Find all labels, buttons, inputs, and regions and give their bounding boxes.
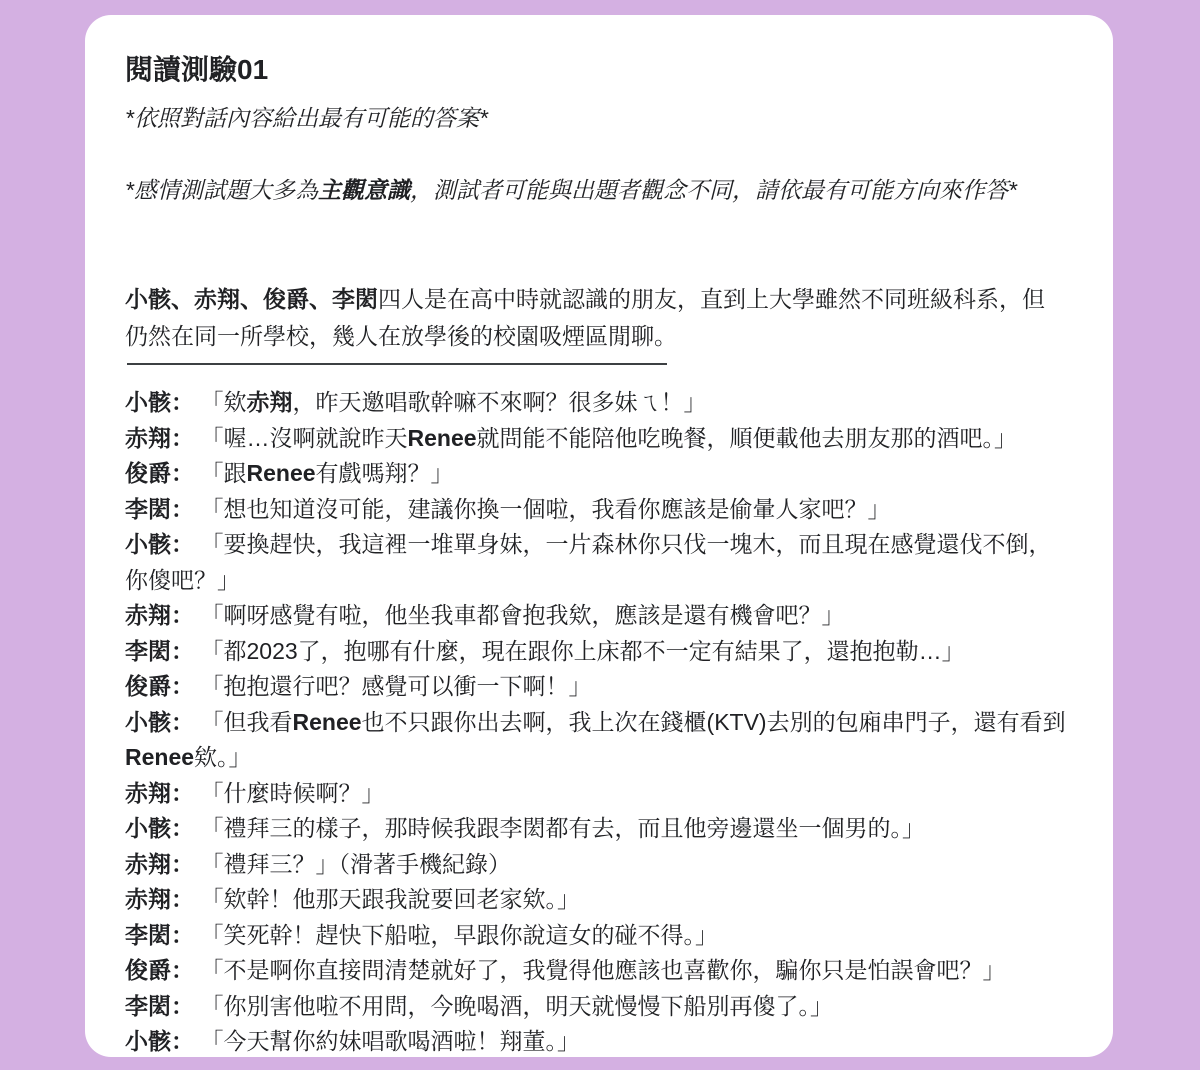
speaker-name: 赤翔：: [125, 780, 194, 806]
speaker-name: 小骸：: [125, 709, 194, 735]
dialogue-text: 「禮拜三？」（滑著手機紀錄）: [212, 851, 511, 877]
speaker-name: 赤翔：: [125, 602, 194, 628]
instruction-note-2: *感情測試題大多為主觀意識，測試者可能與出題者觀念不同，請依最有可能方向來作答*: [125, 175, 1073, 205]
dialogue-line: 小骸：「要換趕快，我這裡一堆單身妹，一片森林你只伐一塊木，而且現在感覺還伐不倒，…: [125, 527, 1073, 598]
page-title: 閱讀測驗01: [125, 53, 1073, 87]
dialogue-line: 李閎：「想也知道沒可能，建議你換一個啦，我看你應該是偷暈人家吧？」: [125, 492, 1073, 528]
speaker-name: 李閎：: [125, 496, 194, 522]
dialogue-line: 赤翔：「啊呀感覺有啦，他坐我車都會抱我欸，應該是還有機會吧？」: [125, 598, 1073, 634]
dialogue-text: 赤翔: [247, 389, 293, 415]
dialogue-line: 小骸：「欸赤翔，昨天邀唱歌幹嘛不來啊？很多妹ㄟ！」: [125, 385, 1073, 421]
speaker-name: 小骸：: [125, 531, 194, 557]
dialogue-line: 小骸：「今天幫你約妹唱歌喝酒啦！翔董。」: [125, 1024, 1073, 1057]
dialogue-text: 「欸: [212, 389, 247, 415]
dialogue-text: 「今天幫你約妹唱歌喝酒啦！翔董。」: [212, 1028, 580, 1054]
dialogue-text: 「欸幹！他那天跟我說要回老家欸。」: [212, 886, 580, 912]
dialogue-line: 小骸：「但我看Renee也不只跟你出去啊，我上次在錢櫃(KTV)去別的包廂串門子…: [125, 705, 1073, 776]
dialogue-text: 「喔…沒啊就說昨天: [212, 425, 408, 451]
dialogue-line: 赤翔：「什麼時候啊？」: [125, 776, 1073, 812]
dialogue-text: Renee: [293, 709, 362, 735]
dialogue-text: 「但我看: [212, 709, 293, 735]
dialogue-text: 有戲嗎翔？」: [316, 460, 454, 486]
dialogue-text: 「什麼時候啊？」: [212, 780, 385, 806]
dialogue-line: 赤翔：「禮拜三？」（滑著手機紀錄）: [125, 847, 1073, 883]
dialogue-line: 小骸：「禮拜三的樣子，那時候我跟李閎都有去，而且他旁邊還坐一個男的。」: [125, 811, 1073, 847]
dialogue-text: 「都2023了，抱哪有什麼，現在跟你上床都不一定有結果了，還抱抱勒…」: [212, 638, 965, 664]
dialogue-text: Renee: [408, 425, 477, 451]
dialogue-list: 小骸：「欸赤翔，昨天邀唱歌幹嘛不來啊？很多妹ㄟ！」赤翔：「喔…沒啊就說昨天Ren…: [125, 385, 1073, 1057]
character-names: 小骸、赤翔、俊爵、李閎: [125, 286, 378, 312]
dialogue-text: ，昨天邀唱歌幹嘛不來啊？很多妹ㄟ！」: [293, 389, 707, 415]
content-card: 閱讀測驗01 *依照對話內容給出最有可能的答案* *感情測試題大多為主觀意識，測…: [85, 15, 1113, 1057]
dialogue-text: 「啊呀感覺有啦，他坐我車都會抱我欸，應該是還有機會吧？」: [212, 602, 845, 628]
speaker-name: 赤翔：: [125, 851, 194, 877]
instruction-note-1-text: *依照對話內容給出最有可能的答案*: [125, 105, 488, 131]
dialogue-text: 「跟: [212, 460, 247, 486]
speaker-name: 李閎：: [125, 993, 194, 1019]
speaker-name: 俊爵：: [125, 957, 194, 983]
dialogue-line: 赤翔：「喔…沒啊就說昨天Renee就問能不能陪他吃晚餐，順便載他去朋友那的酒吧。…: [125, 421, 1073, 457]
dialogue-text: 「不是啊你直接問清楚就好了，我覺得他應該也喜歡你，騙你只是怕誤會吧？」: [212, 957, 1006, 983]
speaker-name: 李閎：: [125, 922, 194, 948]
divider-line: [127, 363, 667, 365]
speaker-name: 赤翔：: [125, 886, 194, 912]
dialogue-line: 李閎：「笑死幹！趕快下船啦，早跟你說這女的碰不得。」: [125, 918, 1073, 954]
speaker-name: 李閎：: [125, 638, 194, 664]
dialogue-text: 欸。」: [194, 744, 252, 770]
intro-paragraph: 小骸、赤翔、俊爵、李閎四人是在高中時就認識的朋友，直到上大學雖然不同班級科系，但…: [125, 281, 1065, 355]
dialogue-text: 「要換趕快，我這裡一堆單身妹，一片森林你只伐一塊木，而且現在感覺還伐不倒，你傻吧…: [125, 531, 1052, 593]
dialogue-line: 俊爵：「不是啊你直接問清楚就好了，我覺得他應該也喜歡你，騙你只是怕誤會吧？」: [125, 953, 1073, 989]
dialogue-line: 李閎：「都2023了，抱哪有什麼，現在跟你上床都不一定有結果了，還抱抱勒…」: [125, 634, 1073, 670]
dialogue-text: Renee: [247, 460, 316, 486]
speaker-name: 俊爵：: [125, 460, 194, 486]
speaker-name: 小骸：: [125, 389, 194, 415]
dialogue-text: Renee: [125, 744, 194, 770]
speaker-name: 小骸：: [125, 1028, 194, 1054]
dialogue-line: 赤翔：「欸幹！他那天跟我說要回老家欸。」: [125, 882, 1073, 918]
dialogue-text: 「你別害他啦不用問，今晚喝酒，明天就慢慢下船別再傻了。」: [212, 993, 833, 1019]
instruction-note-1: *依照對話內容給出最有可能的答案*: [125, 103, 1073, 133]
dialogue-line: 李閎：「你別害他啦不用問，今晚喝酒，明天就慢慢下船別再傻了。」: [125, 989, 1073, 1025]
speaker-name: 赤翔：: [125, 425, 194, 451]
speaker-name: 俊爵：: [125, 673, 194, 699]
dialogue-text: 「想也知道沒可能，建議你換一個啦，我看你應該是偷暈人家吧？」: [212, 496, 891, 522]
dialogue-text: 也不只跟你出去啊，我上次在錢櫃(KTV)去別的包廂串門子，還有看到: [362, 709, 1066, 735]
instruction-note-2-bold: 主觀意識: [318, 177, 410, 203]
speaker-name: 小骸：: [125, 815, 194, 841]
instruction-note-2-prefix: *感情測試題大多為: [125, 177, 318, 203]
dialogue-text: 就問能不能陪他吃晚餐，順便載他去朋友那的酒吧。」: [477, 425, 1018, 451]
dialogue-text: 「笑死幹！趕快下船啦，早跟你說這女的碰不得。」: [212, 922, 718, 948]
dialogue-text: 「禮拜三的樣子，那時候我跟李閎都有去，而且他旁邊還坐一個男的。」: [212, 815, 925, 841]
dialogue-line: 俊爵：「抱抱還行吧？感覺可以衝一下啊！」: [125, 669, 1073, 705]
instruction-note-2-suffix: ，測試者可能與出題者觀念不同，請依最有可能方向來作答*: [410, 177, 1017, 203]
dialogue-text: 「抱抱還行吧？感覺可以衝一下啊！」: [212, 673, 592, 699]
dialogue-line: 俊爵：「跟Renee有戲嗎翔？」: [125, 456, 1073, 492]
